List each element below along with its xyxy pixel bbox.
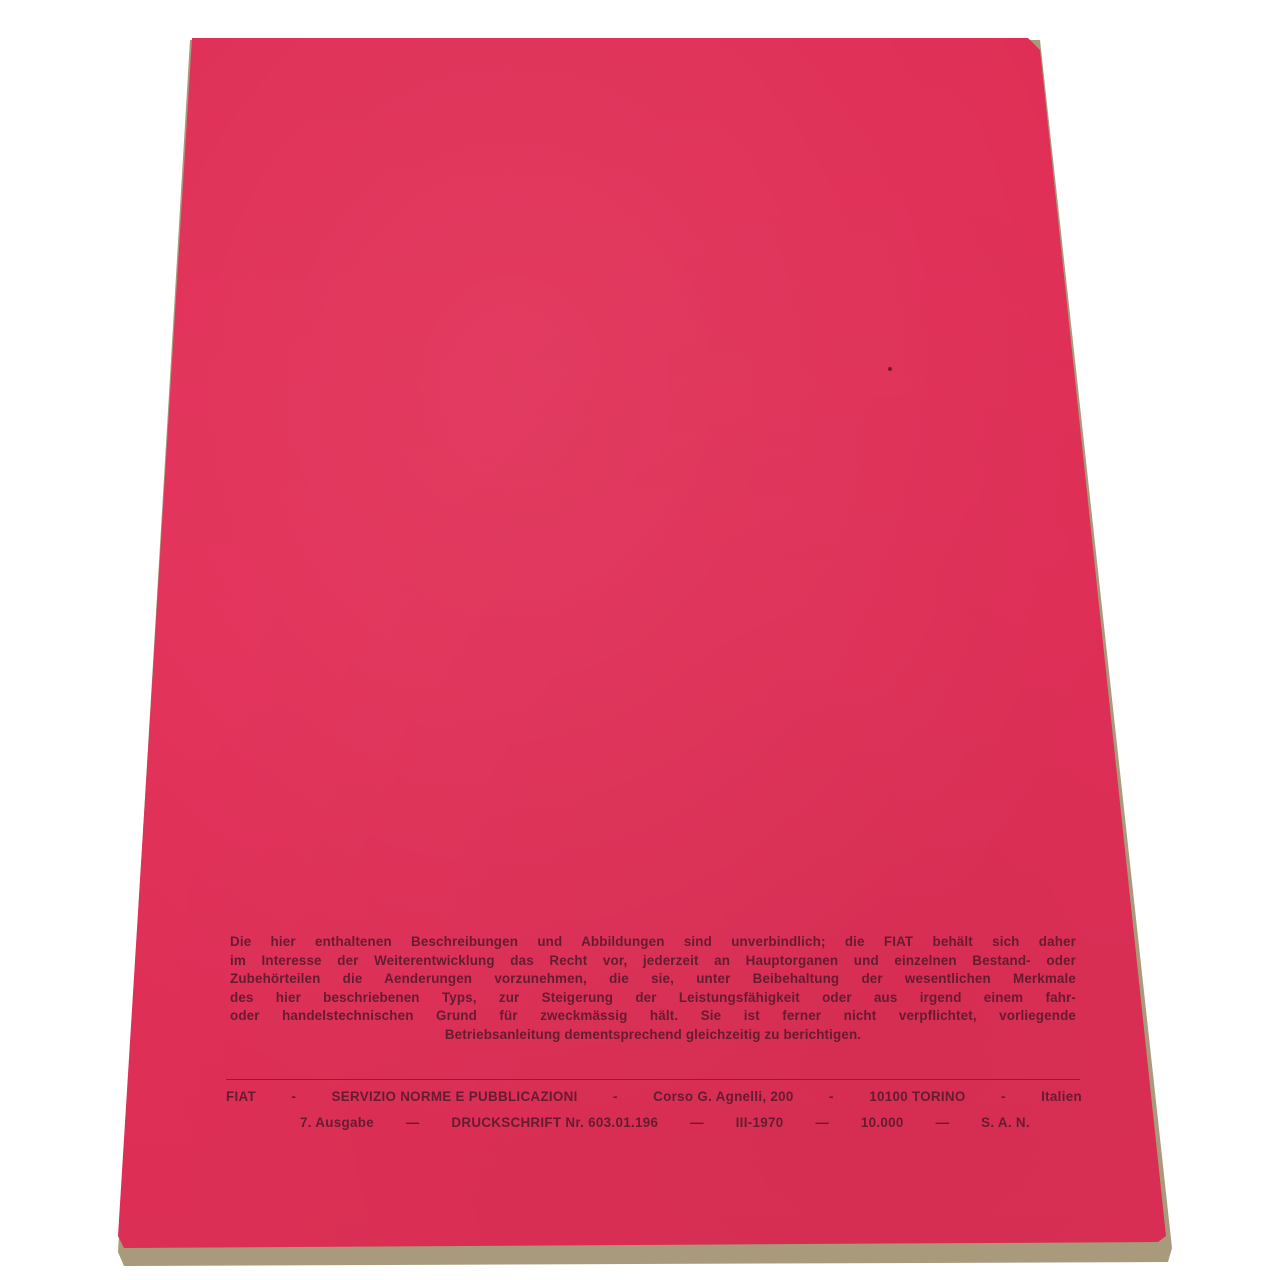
imprint-country: Italien: [1041, 1089, 1082, 1104]
disclaimer-line: Betriebsanleitung dementsprechend gleich…: [230, 1026, 1076, 1045]
disclaimer-line: Die hier enthaltenen Beschreibungen und …: [230, 933, 1076, 952]
print-sep: —: [815, 1115, 829, 1130]
printer-mark: S. A. N.: [981, 1115, 1030, 1130]
divider-rule: [226, 1079, 1080, 1080]
disclaimer-line: des hier beschriebenen Typs, zur Steiger…: [230, 989, 1076, 1008]
imprint-sep: -: [291, 1089, 296, 1104]
imprint-city: 10100 TORINO: [869, 1089, 965, 1104]
imprint-sep: -: [829, 1089, 834, 1104]
edition: 7. Ausgabe: [300, 1115, 374, 1130]
print-run: 10.000: [861, 1115, 904, 1130]
publisher-imprint: FIAT - SERVIZIO NORME E PUBBLICAZIONI - …: [226, 1089, 1082, 1104]
imprint-street: Corso G. Agnelli, 200: [653, 1089, 794, 1104]
disclaimer-line: oder handelstechnischen Grund für zweckm…: [230, 1007, 1076, 1026]
imprint-department: SERVIZIO NORME E PUBBLICAZIONI: [332, 1089, 578, 1104]
imprint-brand: FIAT: [226, 1089, 256, 1104]
print-sep: —: [936, 1115, 950, 1130]
photo-scene: Die hier enthaltenen Beschreibungen und …: [0, 0, 1280, 1280]
cover-speck: [888, 367, 892, 371]
imprint-sep: -: [1001, 1089, 1006, 1104]
imprint-sep: -: [613, 1089, 618, 1104]
disclaimer-text: Die hier enthaltenen Beschreibungen und …: [230, 933, 1076, 1045]
booklet-back-cover: [0, 0, 1280, 1280]
print-sep: —: [406, 1115, 420, 1130]
disclaimer-line: Zubehörteilen die Aenderungen vorzunehme…: [230, 970, 1076, 989]
disclaimer-line: im Interesse der Weiterentwicklung das R…: [230, 952, 1076, 971]
document-number: DRUCKSCHRIFT Nr. 603.01.196: [451, 1115, 658, 1130]
print-details: 7. Ausgabe — DRUCKSCHRIFT Nr. 603.01.196…: [300, 1115, 1030, 1130]
print-date: III-1970: [736, 1115, 784, 1130]
print-sep: —: [690, 1115, 704, 1130]
